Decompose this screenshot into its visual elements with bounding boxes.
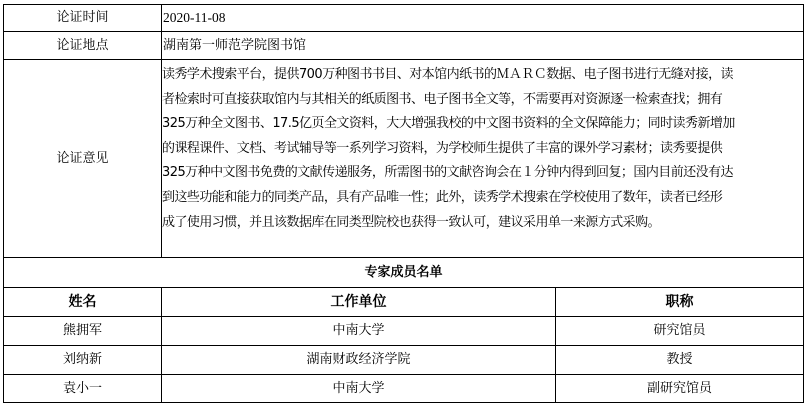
label-review-time: 论证时间 xyxy=(4,5,161,31)
opinion-line: 的课程课件、文档、考试辅导等一系列学习资料，为学校师生提供了丰富的课外学习素材；… xyxy=(162,137,802,162)
expert-organization: 湖南财政经济学院 xyxy=(162,346,555,374)
divider xyxy=(3,402,804,403)
opinion-line: 者检索时可直接获取馆内与其相关的纸质图书、电子图书全文等，不需要再对资源逐一检索… xyxy=(162,88,802,113)
value-review-location: 湖南第一师范学院图书馆 xyxy=(162,32,803,59)
opinion-line: 到这些功能和能力的同类产品，具有产品唯一性；此外，读秀学术搜索在学校使用了数年，… xyxy=(162,186,802,211)
header-title: 职称 xyxy=(556,288,803,316)
value-review-time: 2020-11-08 xyxy=(162,5,803,31)
expert-name: 刘纳新 xyxy=(4,346,161,374)
opinion-line: 成了使用习惯，并且该数据库在同类型院校也获得一致认可，建议采用单一来源方式采购。 xyxy=(162,211,802,236)
header-organization: 工作单位 xyxy=(162,288,555,316)
expert-organization: 中南大学 xyxy=(162,317,555,345)
expert-title: 研究馆员 xyxy=(556,317,803,345)
expert-name: 熊拥军 xyxy=(4,317,161,345)
opinion-line: 325万种中文图书免费的文献传递服务，所需图书的文献咨询会在１分钟内得到回复；国… xyxy=(162,161,802,186)
expert-title: 教授 xyxy=(556,346,803,374)
expert-name: 袁小一 xyxy=(4,375,161,402)
review-opinion-text: 读秀学术搜索平台，提供700万种图书书目、对本馆内纸书的ＭＡＲＣ数据、电子图书进… xyxy=(162,61,802,235)
expert-title: 副研究馆员 xyxy=(556,375,803,402)
expert-organization: 中南大学 xyxy=(162,375,555,402)
opinion-line: 325万种全文图书、17.5亿页全文资料，大大增强我校的中文图书资料的全文保障能… xyxy=(162,112,802,137)
label-review-opinion: 论证意见 xyxy=(4,60,161,257)
opinion-line: 读秀学术搜索平台，提供700万种图书书目、对本馆内纸书的ＭＡＲＣ数据、电子图书进… xyxy=(162,63,802,88)
divider xyxy=(803,4,804,403)
expert-list-title: 专家成员名单 xyxy=(4,258,803,287)
header-name: 姓名 xyxy=(4,288,161,316)
label-review-location: 论证地点 xyxy=(4,32,161,59)
